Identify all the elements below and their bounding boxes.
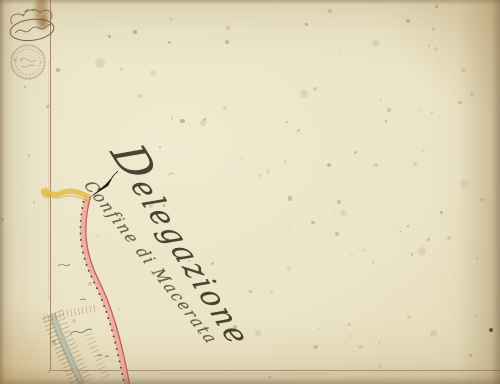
scanned-map-sheet: Delegazione Confine di Macerata <box>0 0 500 384</box>
circular-ink-seal-icon <box>11 45 45 79</box>
map-frame-lines <box>49 0 500 374</box>
oval-cartouche-stamp-icon <box>8 6 56 43</box>
